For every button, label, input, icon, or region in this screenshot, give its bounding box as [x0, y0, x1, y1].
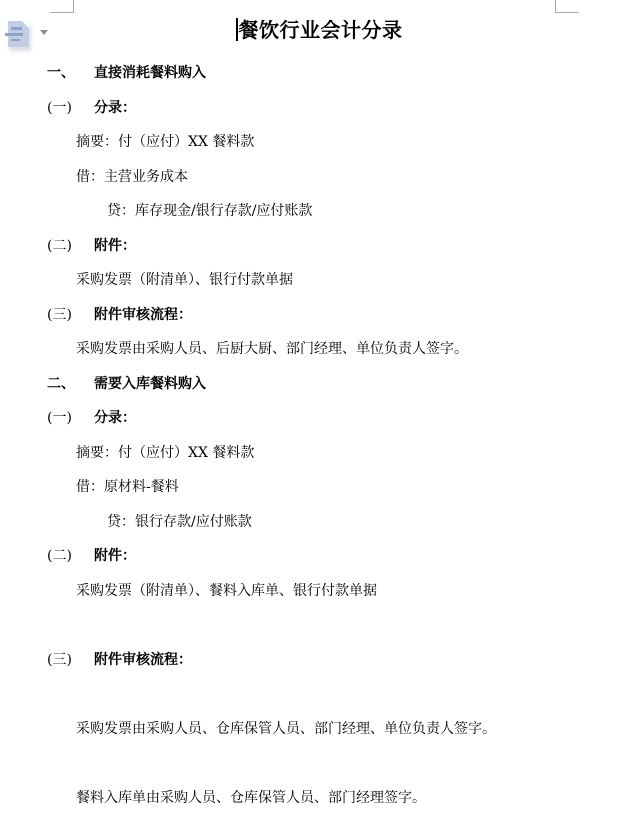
word-document-page: 餐饮行业会计分录 一、 直接消耗餐料购入 (一) 分录： 摘要：付（应付）XX …: [0, 0, 638, 820]
list-item: (一) 分录：: [0, 90, 638, 125]
list-item: (三) 附件审核流程：: [0, 642, 638, 677]
list-item: (一) 分录：: [0, 400, 638, 435]
paragraph: 采购发票由采购人员、仓库保管人员、部门经理、单位负责人签字。: [0, 711, 638, 746]
margin-crop-mark-top-left: [50, 0, 74, 13]
paragraph: 摘要：付（应付）XX 餐料款: [0, 435, 638, 470]
document-body: 一、 直接消耗餐料购入 (一) 分录： 摘要：付（应付）XX 餐料款 借：主营业…: [0, 55, 638, 814]
list-item: (二) 附件：: [0, 538, 638, 573]
section-heading: 一、 直接消耗餐料购入: [0, 55, 638, 90]
paragraph: 采购发票（附清单）、餐料入库单、银行付款单据: [0, 573, 638, 608]
text-cursor: [236, 18, 238, 41]
list-item: (二) 附件：: [0, 228, 638, 263]
margin-crop-mark-top-right: [555, 0, 579, 13]
paragraph: 借：主营业务成本: [0, 159, 638, 194]
paragraph-credit-entry: 贷：库存现金/银行存款/应付账款: [0, 193, 638, 228]
paragraph: 摘要：付（应付）XX 餐料款: [0, 124, 638, 159]
title-block: 餐饮行业会计分录: [0, 14, 638, 43]
paragraph-credit-entry: 贷：银行存款/应付账款: [0, 504, 638, 539]
section-heading: 二、 需要入库餐料购入: [0, 366, 638, 401]
list-item: (三) 附件审核流程：: [0, 297, 638, 332]
paragraph: 采购发票由采购人员、后厨大厨、部门经理、单位负责人签字。: [0, 331, 638, 366]
paragraph: 借：原材料-餐料: [0, 469, 638, 504]
paragraph: 餐料入库单由采购人员、仓库保管人员、部门经理签字。: [0, 780, 638, 815]
paragraph: 采购发票（附清单）、银行付款单据: [0, 262, 638, 297]
page-title: 餐饮行业会计分录: [239, 18, 403, 42]
